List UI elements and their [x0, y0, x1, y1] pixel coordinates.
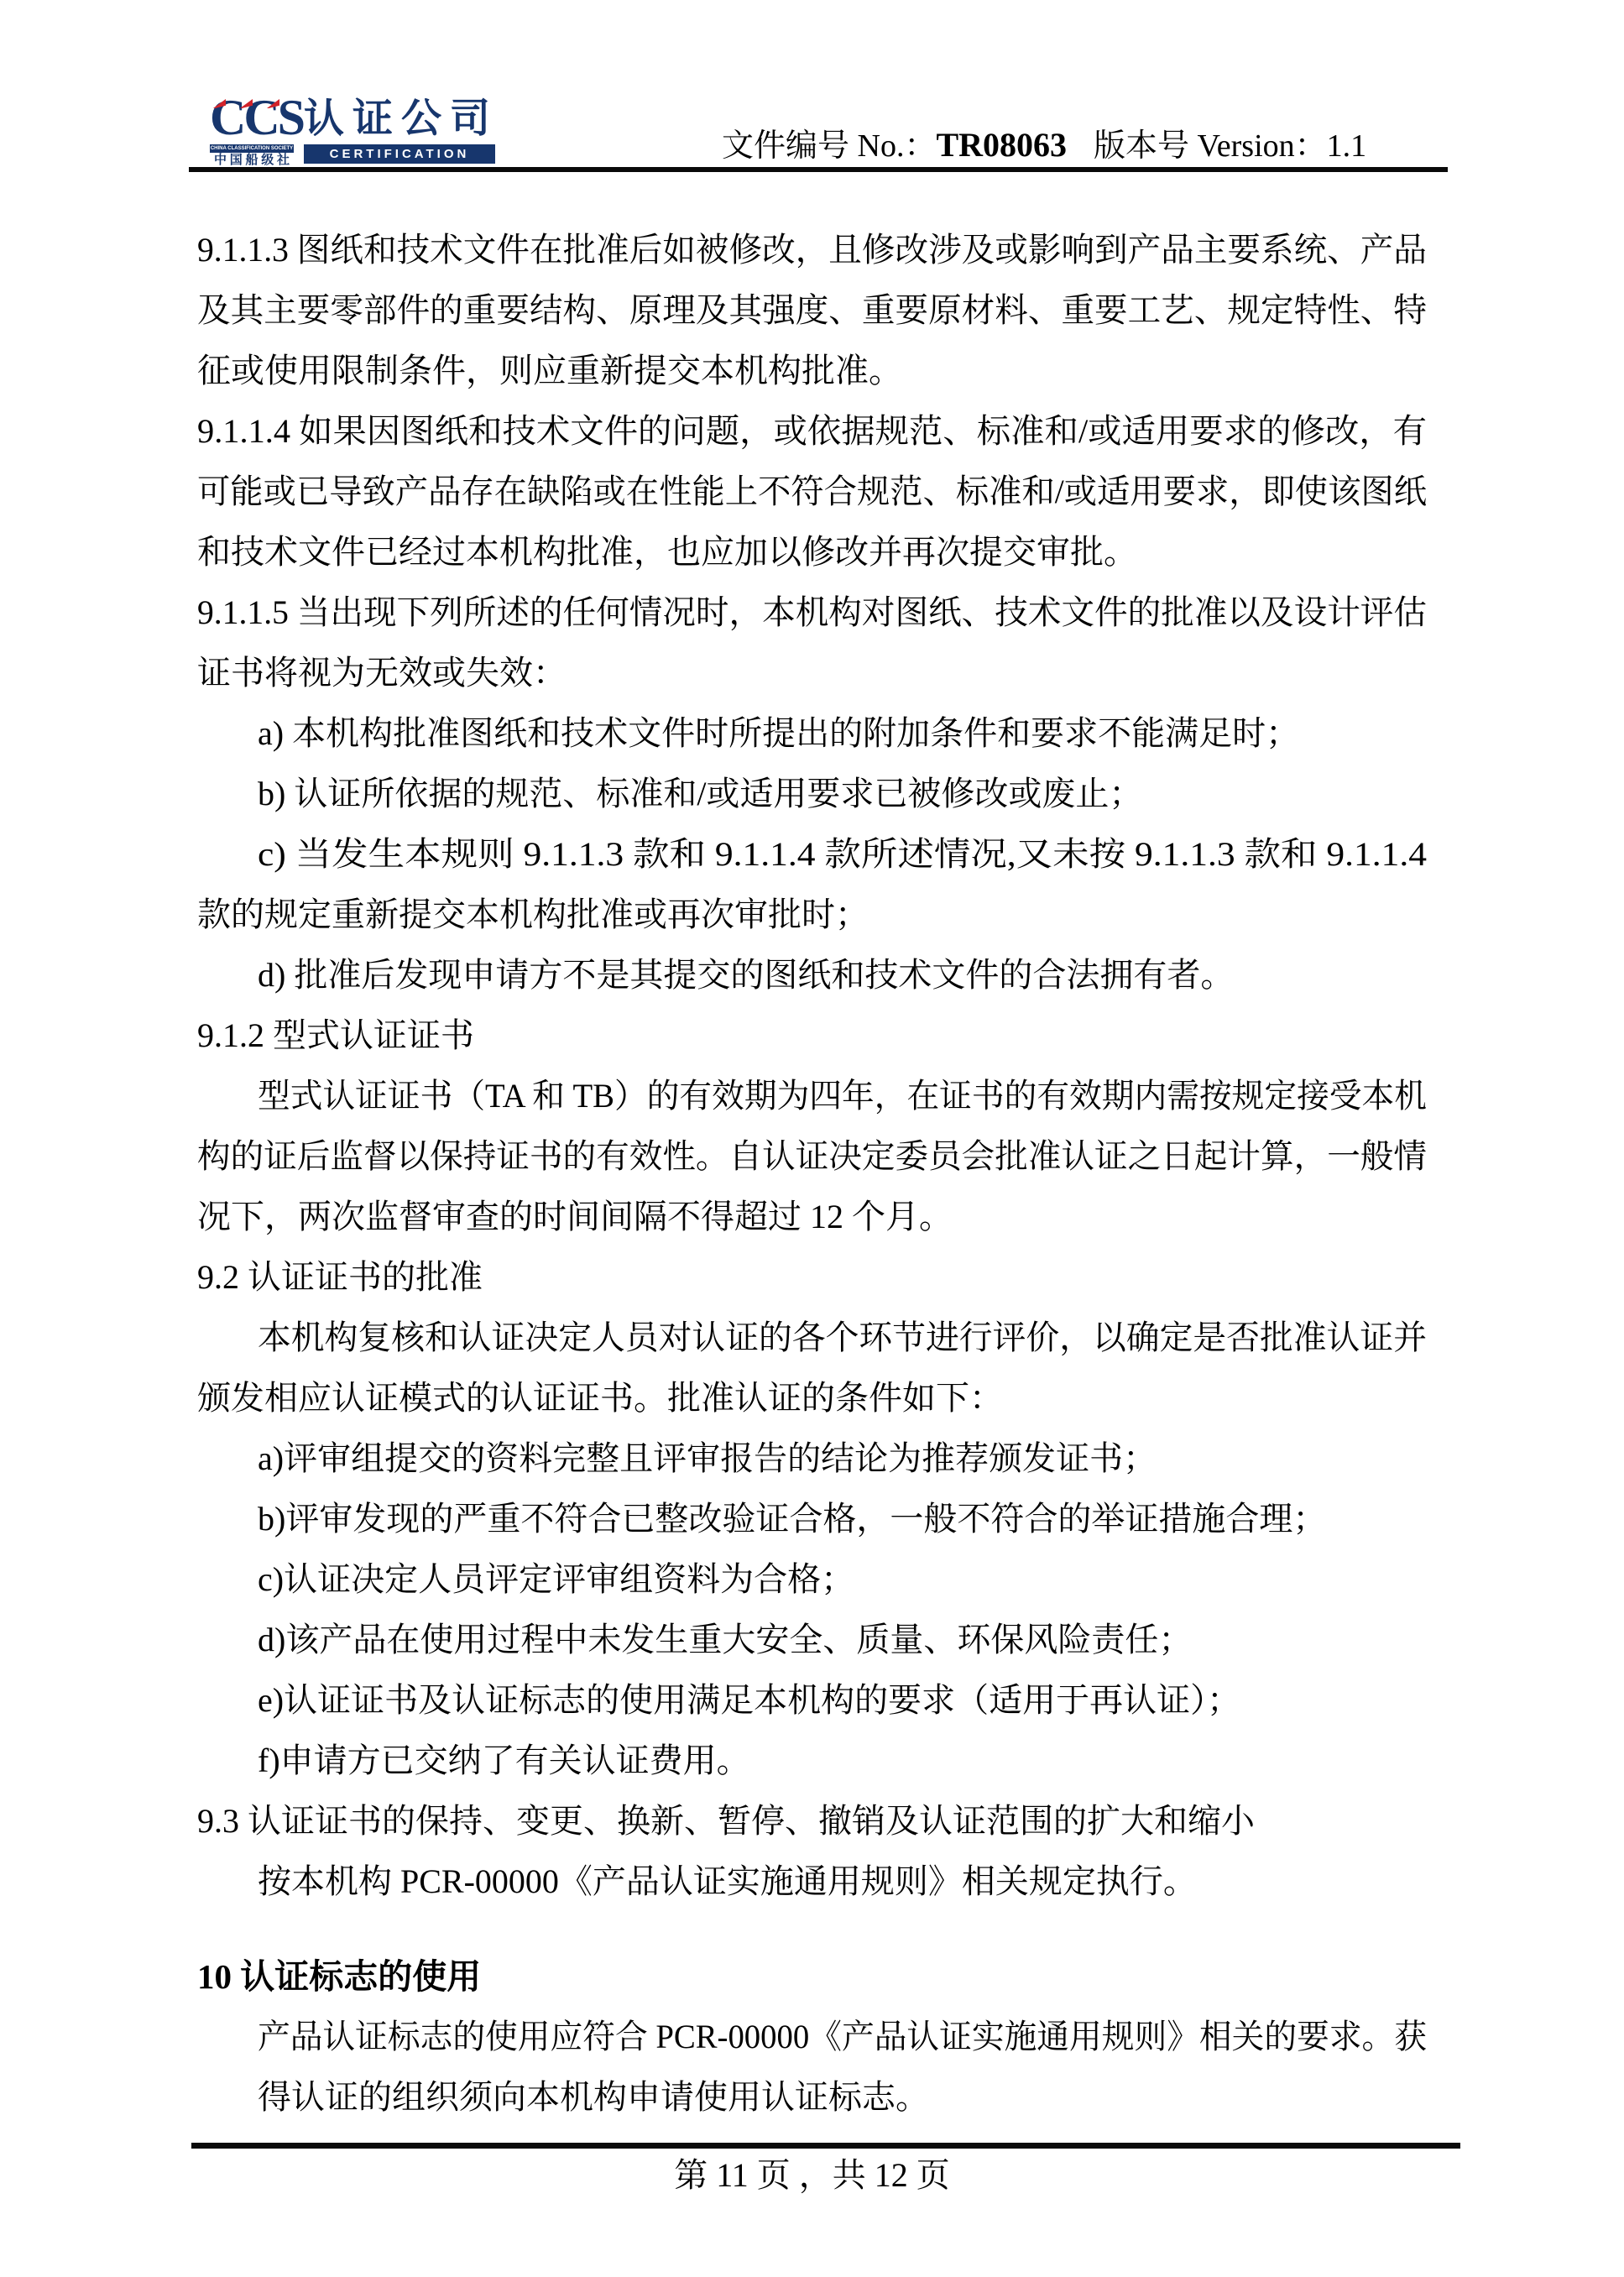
- body-line-text: 9.1.1.5 当出现下列所述的任何情况时，本机构对图纸、技术文件的批准以及设计…: [197, 582, 1427, 643]
- body-content: 9.1.1.3 图纸和技术文件在批准后如被修改，且修改涉及或影响到产品主要系统、…: [197, 220, 1427, 2128]
- body-line: c)认证决定人员评定评审组资料为合格；: [197, 1549, 1427, 1610]
- body-line: d) 批准后发现申请方不是其提交的图纸和技术文件的合法拥有者。: [197, 945, 1427, 1005]
- body-line: 9.1.1.5 当出现下列所述的任何情况时，本机构对图纸、技术文件的批准以及设计…: [197, 582, 1427, 643]
- body-line-text: 型式认证证书（TA 和 TB）的有效期为四年，在证书的有效期内需按规定接受本机: [258, 1066, 1427, 1126]
- body-line: 可能或已导致产品存在缺陷或在性能上不符合规范、标准和/或适用要求，即使该图纸: [197, 462, 1427, 522]
- body-line: a) 本机构批准图纸和技术文件时所提出的附加条件和要求不能满足时；: [197, 703, 1427, 764]
- ccs-logo: CCS CHINA CLASSIFICATION SOCIETY 中 国 船 级…: [210, 102, 499, 168]
- body-line-text: a) 本机构批准图纸和技术文件时所提出的附加条件和要求不能满足时；: [258, 703, 1299, 764]
- certification-bar: CERTIFICATION: [304, 144, 495, 164]
- body-line: 本机构复核和认证决定人员对认证的各个环节进行评价，以确定是否批准认证并: [197, 1308, 1427, 1368]
- body-line-text: 和技术文件已经过本机构批准，也应加以修改并再次提交审批。: [197, 522, 1137, 582]
- body-line: 证书将视为无效或失效：: [197, 643, 1427, 703]
- body-line-text: f)申请方已交纳了有关认证费用。: [258, 1731, 750, 1791]
- body-line-text: 10 认证标志的使用: [197, 1946, 481, 2007]
- body-line-text: 及其主要零部件的重要结构、原理及其强度、重要原材料、重要工艺、规定特性、特: [197, 280, 1427, 341]
- body-line: 型式认证证书（TA 和 TB）的有效期为四年，在证书的有效期内需按规定接受本机: [197, 1066, 1427, 1126]
- body-line: a)评审组提交的资料完整且评审报告的结论为推荐颁发证书；: [197, 1428, 1427, 1489]
- body-line-text: c) 当发生本规则 9.1.1.3 款和 9.1.1.4 款所述情况,又未按 9…: [258, 824, 1427, 885]
- body-line-text: 9.1.1.4 如果因图纸和技术文件的问题，或依据规范、标准和/或适用要求的修改…: [197, 401, 1427, 462]
- body-line: f)申请方已交纳了有关认证费用。: [197, 1731, 1427, 1791]
- body-line: 9.3 认证证书的保持、变更、换新、暂停、撤销及认证范围的扩大和缩小: [197, 1791, 1427, 1851]
- body-line-text: 款的规定重新提交本机构批准或再次审批时；: [197, 885, 869, 945]
- body-line-text: 征或使用限制条件，则应重新提交本机构批准。: [197, 341, 902, 401]
- body-line-text: 得认证的组织须向本机构申请使用认证标志。: [258, 2067, 929, 2128]
- header-rule: [189, 167, 1448, 172]
- body-line-text: d) 批准后发现申请方不是其提交的图纸和技术文件的合法拥有者。: [258, 945, 1234, 1005]
- body-line-text: 证书将视为无效或失效：: [197, 643, 567, 703]
- body-line-text: b) 认证所依据的规范、标准和/或适用要求已被修改或废止；: [258, 764, 1142, 824]
- body-line-text: 构的证后监督以保持证书的有效性。自认证决定委员会批准认证之日起计算，一般情: [197, 1126, 1427, 1187]
- body-line: 颁发相应认证模式的认证证书。批准认证的条件如下：: [197, 1368, 1427, 1428]
- body-line-text: 颁发相应认证模式的认证证书。批准认证的条件如下：: [197, 1368, 1003, 1428]
- body-line: 9.1.2 型式认证证书: [197, 1005, 1427, 1066]
- body-line: 9.1.1.3 图纸和技术文件在批准后如被修改，且修改涉及或影响到产品主要系统、…: [197, 220, 1427, 280]
- ccs-logo-right: 认证公司 CERTIFICATION: [304, 102, 495, 168]
- section-heading: 10 认证标志的使用: [197, 1946, 1427, 2007]
- ccs-society-bar: CHINA CLASSIFICATION SOCIETY: [210, 144, 294, 153]
- body-line-text: 9.1.2 型式认证证书: [197, 1005, 474, 1066]
- body-line: d)该产品在使用过程中未发生重大安全、质量、环保风险责任；: [197, 1610, 1427, 1670]
- body-line: e)认证证书及认证标志的使用满足本机构的要求（适用于再认证）；: [197, 1670, 1427, 1731]
- ccs-logo-left: CCS CHINA CLASSIFICATION SOCIETY 中 国 船 级…: [210, 102, 294, 168]
- doc-number-value: TR08063: [936, 126, 1067, 164]
- body-line-text: 9.2 认证证书的批准: [197, 1247, 483, 1308]
- body-line: c) 当发生本规则 9.1.1.3 款和 9.1.1.4 款所述情况,又未按 9…: [197, 824, 1427, 885]
- page-number: 第 11 页 ，共 12 页: [197, 2154, 1427, 2197]
- ccs-chinese-name: 中 国 船 级 社: [210, 154, 294, 168]
- body-line: b) 认证所依据的规范、标准和/或适用要求已被修改或废止；: [197, 764, 1427, 824]
- body-line: 征或使用限制条件，则应重新提交本机构批准。: [197, 341, 1427, 401]
- body-line-text: 9.1.1.3 图纸和技术文件在批准后如被修改，且修改涉及或影响到产品主要系统、…: [197, 220, 1427, 280]
- body-line: 产品认证标志的使用应符合 PCR-00000《产品认证实施通用规则》相关的要求。…: [197, 2007, 1427, 2067]
- footer-rule: [191, 2143, 1460, 2149]
- body-line-text: 可能或已导致产品存在缺陷或在性能上不符合规范、标准和/或适用要求，即使该图纸: [197, 462, 1427, 522]
- body-line-text: d)该产品在使用过程中未发生重大安全、质量、环保风险责任；: [258, 1610, 1192, 1670]
- body-line-text: 按本机构 PCR-00000《产品认证实施通用规则》相关规定执行。: [258, 1851, 1197, 1912]
- body-line: 构的证后监督以保持证书的有效性。自认证决定委员会批准认证之日起计算，一般情: [197, 1126, 1427, 1187]
- document-page: { "colors": { "navy": "#17366d", "red": …: [0, 0, 1624, 2277]
- body-line: 按本机构 PCR-00000《产品认证实施通用规则》相关规定执行。: [197, 1851, 1427, 1912]
- body-line-text: c)认证决定人员评定评审组资料为合格；: [258, 1549, 854, 1610]
- body-line: 9.2 认证证书的批准: [197, 1247, 1427, 1308]
- body-line-text: b)评审发现的严重不符合已整改验证合格，一般不符合的举证措施合理；: [258, 1489, 1326, 1549]
- doc-number-label: 文件编号 No.：: [722, 128, 936, 164]
- body-line-text: 本机构复核和认证决定人员对认证的各个环节进行评价，以确定是否批准认证并: [258, 1308, 1427, 1368]
- body-line: 得认证的组织须向本机构申请使用认证标志。: [197, 2067, 1427, 2128]
- body-line-text: 况下，两次监督审查的时间间隔不得超过 12 个月。: [197, 1187, 953, 1247]
- ccs-logo-letters: CCS: [210, 91, 303, 144]
- brand-chinese: 认证公司: [304, 96, 499, 143]
- body-line: 9.1.1.4 如果因图纸和技术文件的问题，或依据规范、标准和/或适用要求的修改…: [197, 401, 1427, 462]
- body-line: 和技术文件已经过本机构批准，也应加以修改并再次提交审批。: [197, 522, 1427, 582]
- body-line-text: a)评审组提交的资料完整且评审报告的结论为推荐颁发证书；: [258, 1428, 1157, 1489]
- body-line: 及其主要零部件的重要结构、原理及其强度、重要原材料、重要工艺、规定特性、特: [197, 280, 1427, 341]
- version-label: 版本号 Version：1.1: [1094, 128, 1366, 164]
- document-meta: 文件编号 No.：TR08063版本号 Version：1.1: [722, 126, 1366, 165]
- body-line: b)评审发现的严重不符合已整改验证合格，一般不符合的举证措施合理；: [197, 1489, 1427, 1549]
- body-line-text: e)认证证书及认证标志的使用满足本机构的要求（适用于再认证）；: [258, 1670, 1240, 1731]
- body-line: 况下，两次监督审查的时间间隔不得超过 12 个月。: [197, 1187, 1427, 1247]
- body-line-text: 产品认证标志的使用应符合 PCR-00000《产品认证实施通用规则》相关的要求。…: [258, 2007, 1427, 2067]
- body-line-text: 9.3 认证证书的保持、变更、换新、暂停、撤销及认证范围的扩大和缩小: [197, 1791, 1255, 1851]
- body-line: 款的规定重新提交本机构批准或再次审批时；: [197, 885, 1427, 945]
